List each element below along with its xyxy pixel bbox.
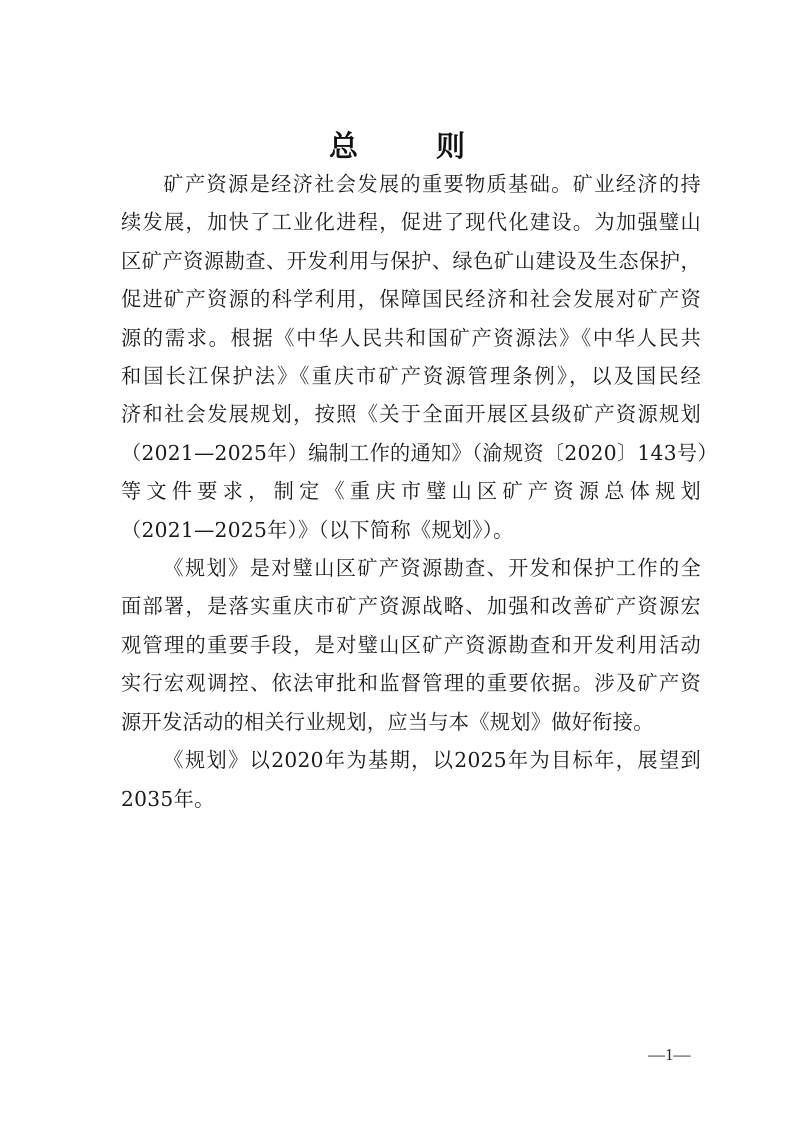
text-line: 济和社会发展规划，按照《关于全面开展区县级矿产资源规划	[121, 395, 701, 433]
text-line: 《规划》是对璧山区矿产资源勘查、开发和保护工作的全	[121, 549, 701, 587]
text-line: 观管理的重要手段，是对璧山区矿产资源勘查和开发利用活动	[121, 626, 701, 664]
text-line: 源的需求。根据《中华人民共和国矿产资源法》《中华人民共	[121, 319, 701, 357]
text-line: 矿产资源是经济社会发展的重要物质基础。矿业经济的持	[121, 165, 701, 203]
text-line: 和国长江保护法》《重庆市矿产资源管理条例》，以及国民经	[121, 357, 701, 395]
text-line: 促进矿产资源的科学利用，保障国民经济和社会发展对矿产资	[121, 280, 701, 318]
text-line: 源开发活动的相关行业规划，应当与本《规划》做好衔接。	[121, 703, 701, 741]
text-line: 等文件要求，制定《重庆市璧山区矿产资源总体规划	[121, 472, 701, 510]
text-line: 续发展，加快了工业化进程，促进了现代化建设。为加强璧山	[121, 203, 701, 241]
document-body: 矿产资源是经济社会发展的重要物质基础。矿业经济的持 续发展，加快了工业化进程，促…	[121, 165, 701, 818]
text-line: 区矿产资源勘查、开发利用与保护、绿色矿山建设及生态保护，	[121, 242, 701, 280]
paragraph-scope: 《规划》是对璧山区矿产资源勘查、开发和保护工作的全 面部署，是落实重庆市矿产资源…	[121, 549, 701, 741]
paragraph-period: 《规划》以2020年为基期，以2025年为目标年，展望到 2035年。	[121, 741, 701, 818]
text-line: 面部署，是落实重庆市矿产资源战略、加强和改善矿产资源宏	[121, 587, 701, 625]
page-title: 总 则	[0, 125, 794, 167]
text-line: （2021—2025年）编制工作的通知》（渝规资〔2020〕143号）	[121, 434, 701, 472]
text-line: 《规划》以2020年为基期，以2025年为目标年，展望到	[121, 741, 701, 779]
text-line: （2021—2025年）》（以下简称《规划》）。	[121, 511, 701, 549]
page-number: —1—	[648, 1043, 691, 1067]
text-line: 实行宏观调控、依法审批和监督管理的重要依据。涉及矿产资	[121, 664, 701, 702]
paragraph-intro: 矿产资源是经济社会发展的重要物质基础。矿业经济的持 续发展，加快了工业化进程，促…	[121, 165, 701, 549]
text-line: 2035年。	[121, 780, 701, 818]
document-page: 总 则 矿产资源是经济社会发展的重要物质基础。矿业经济的持 续发展，加快了工业化…	[0, 0, 794, 1123]
